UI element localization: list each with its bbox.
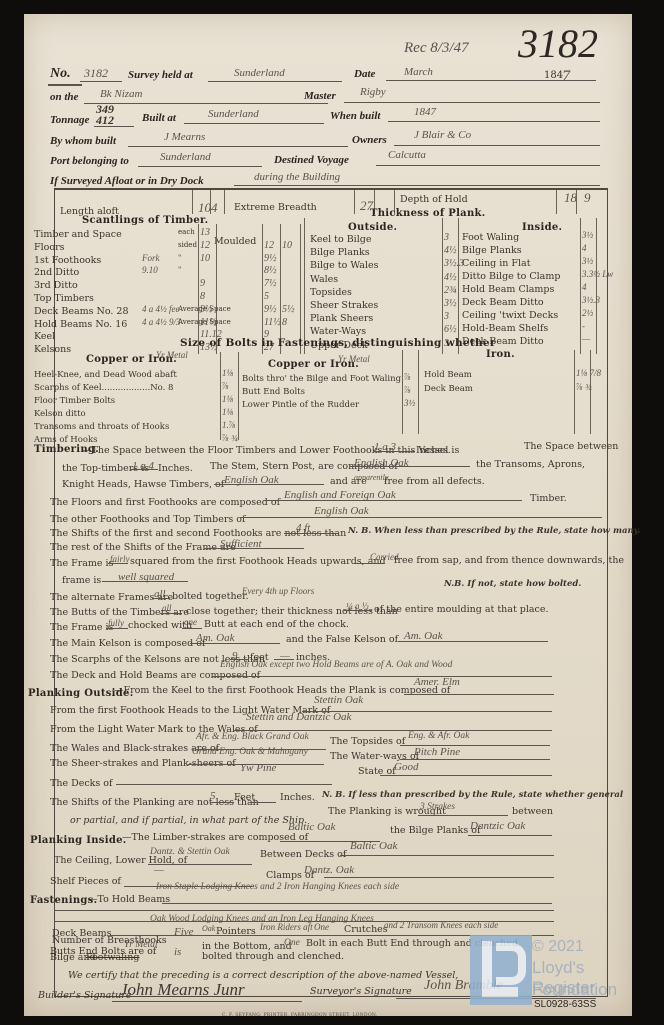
fill-line — [152, 598, 170, 599]
timbering-l3c: free from all defects. — [384, 476, 485, 487]
fill-line — [106, 628, 128, 629]
bolt-row-value: ⅞ — [222, 381, 229, 391]
plank-inside-value: — — [582, 334, 590, 344]
survey-document: Rec 8/3/47 3182 No. 3182 Survey held at … — [24, 14, 632, 1016]
plank-outside-value: 2¾ — [444, 285, 457, 296]
plank-inside-value: 3½.3 — [582, 295, 600, 305]
plank-title: Thickness of Plank. — [370, 208, 486, 219]
fill-line — [212, 676, 552, 677]
fill-line — [182, 628, 202, 629]
fill-line — [124, 886, 254, 887]
planking-outside-l5c: Pitch Pine — [414, 746, 460, 758]
fill-line — [196, 749, 326, 750]
fill-line — [280, 841, 380, 842]
fill-line — [230, 659, 248, 660]
planking-inside-l1b: the Bilge Planks of — [390, 825, 480, 836]
planking-outside-l8v: 3 Strakes — [420, 802, 455, 812]
scantling-moulded-value: 7½ — [264, 278, 277, 289]
timbering-l15v: English Oak except two Hold Beams are of… — [220, 660, 452, 670]
built-at-label: Built at — [142, 112, 176, 124]
plank-inside-value: 3.3½ Lw — [582, 269, 613, 279]
fill-line — [190, 643, 280, 644]
scantling-moulded-value: 11½ — [264, 317, 281, 328]
scantling-row-suffix: " — [178, 266, 181, 274]
scantling-row-label: Keel — [34, 331, 55, 342]
scantling-ends-value: 5½ — [282, 304, 295, 315]
scantling-row-note: Fork — [142, 253, 160, 263]
timbering-l13b: and the False Kelson of — [286, 634, 398, 645]
afloat-label: If Surveyed Afloat or in Dry Dock — [50, 175, 204, 187]
breadth-label: Extreme Breadth — [234, 202, 317, 213]
fill-line — [284, 533, 338, 534]
timbering-l12d: Butt at each end of the chock. — [204, 619, 349, 630]
planking-inside-l2v: Dantz. & Stettin Oak — [150, 847, 230, 857]
bolt-row-value: 1⅛ — [222, 407, 233, 417]
planking-outside-l1v: Amer. Elm — [414, 676, 460, 688]
timbering-l4b: Timber. — [530, 493, 567, 504]
fastenings-l3v: Five — [174, 926, 194, 938]
fill-line — [188, 764, 324, 765]
bolts-yellow-metal-note-2: Yr Metal — [338, 354, 370, 364]
plank-outside-value: 4½ — [444, 272, 457, 283]
fill-line — [344, 610, 372, 611]
plank-outside-label: Bilge to Wales — [310, 260, 378, 271]
bolts-yellow-metal-note-1: Yr Metal — [156, 350, 188, 360]
bolt-row-label: Floor Timber Bolts — [34, 396, 115, 406]
length-value: 104 — [198, 200, 218, 216]
fill-line — [398, 641, 548, 642]
plank-inside-label: Ditto Bilge to Clamp — [462, 271, 560, 282]
bolt-row-value: 1⅛ — [222, 394, 233, 404]
plank-outside-value: 3½ — [444, 298, 457, 309]
on-the-label: on the — [50, 91, 78, 103]
when-built-value: 1847 — [414, 106, 436, 118]
planking-inside-l2b: Between Decks of — [260, 849, 346, 860]
planking-outside-l1a: —From the Keel to the first Foothook Hea… — [114, 685, 450, 696]
timbering-l10c: Every 4th up Floors — [242, 586, 314, 596]
fill-line — [418, 815, 508, 816]
bolts-title: Size of Bolts in Fastenings, distinguish… — [180, 337, 496, 349]
scantling-row-label: Timber and Space — [34, 229, 122, 240]
fill-line — [374, 451, 414, 452]
timbering-l12v: fully — [108, 618, 124, 628]
bolt-row-label: Transoms and throats of Hooks — [34, 422, 169, 432]
timbering-l5v: English Oak — [314, 505, 369, 517]
owners-value: J Blair & Co — [414, 129, 471, 141]
scantling-row-note: 4 a 4½ fee — [142, 304, 180, 314]
plank-inside-label: Hold-Beam Shelfs — [462, 323, 548, 334]
bolt-row-value: ⅞ — [404, 385, 411, 395]
timbering-l11d: of the entire moulding at that place. — [374, 604, 549, 615]
bolt-row-value: 1.⅞ — [222, 420, 236, 430]
bilge-value: is — [174, 946, 181, 958]
fill-line — [54, 910, 554, 911]
plank-outside-label: Water-Ways — [310, 326, 366, 337]
scantling-row-note: 4 a 4½ 9/3 — [142, 317, 181, 327]
port-label: Port belonging to — [50, 155, 129, 167]
planking-outside-l3v: Stettin and Dantzic Oak — [246, 711, 351, 723]
bolt-row-value: 1⅛ — [222, 368, 233, 378]
plank-inside-value: 4 — [582, 282, 587, 292]
bilge-bolted-text: bolted through and clenched. — [202, 951, 344, 962]
fill-line — [130, 469, 158, 470]
scantling-row-label: 3rd Ditto — [34, 280, 78, 291]
document-number-large: 3182 — [518, 20, 598, 67]
scantling-moulded-value: 9½ — [264, 253, 277, 264]
scantling-row-label: Hold Beams No. 16 — [34, 319, 127, 330]
plank-inside-value: - — [582, 321, 585, 331]
scantling-row-label: Floors — [34, 242, 65, 253]
timbering-l9a: frame is — [62, 575, 101, 586]
built-at-value: Sunderland — [208, 108, 259, 120]
planking-outside-l4b: The Topsides of — [330, 736, 405, 747]
timbering-l10b: bolted together. — [172, 591, 249, 602]
year-printed: 184 — [544, 70, 563, 81]
timbering-l12a: The Frame is — [50, 622, 113, 633]
plank-outside-label: Sheer Strakes — [310, 300, 378, 311]
printer-credit: C. F. SEYFANG, PRINTER, FARRINGDON STREE… — [222, 1013, 378, 1018]
plank-outside-label: Keel to Bilge — [310, 234, 371, 245]
moulded-label: Moulded — [214, 236, 256, 247]
survey-held-value: Sunderland — [234, 67, 285, 79]
fastenings-l3d: One — [314, 922, 329, 932]
timbering-l2d: English Oak — [354, 457, 409, 469]
plank-inside-value: 2½ — [582, 308, 593, 318]
owners-label: Owners — [352, 134, 387, 146]
received-note: Rec 8/3/47 — [404, 40, 469, 57]
reference-number: SL0928-63SS — [534, 999, 596, 1010]
fill-line — [400, 759, 550, 760]
scantling-row-note: 9.10 — [142, 265, 158, 275]
surveyor-sig-label: Surveyor's Signature — [310, 986, 412, 997]
fill-line — [354, 563, 384, 564]
fastenings-l3c: Iron Riders aft — [260, 922, 313, 932]
scantling-sided-value: 13 — [200, 227, 210, 238]
date-label: Date — [354, 68, 375, 80]
timbering-l12c: one — [184, 617, 197, 627]
planking-inside-l3v: — — [154, 864, 164, 876]
planking-outside-l8a: or partial, and if partial, in what part… — [70, 815, 307, 826]
fill-line — [162, 903, 552, 904]
planking-outside-l4v: Afr. & Eng. Black Grand Oak — [196, 732, 309, 742]
tonnage-label: Tonnage — [50, 114, 89, 126]
scantling-row-label: 2nd Ditto — [34, 267, 79, 278]
planking-outside-l7v: 5 — [210, 790, 216, 802]
planking-inside-l1c: Dantzic Oak — [470, 820, 525, 832]
fill-line — [214, 484, 324, 485]
master-value: Rigby — [360, 86, 386, 98]
fill-line — [468, 835, 552, 836]
scantling-row-suffix: " — [178, 254, 181, 262]
scantling-row-suffix: each — [178, 228, 195, 236]
plank-inside-label: Deck Beam Ditto — [462, 297, 544, 308]
scantling-row-label: Top Timbers — [34, 293, 94, 304]
bolt-row-value: 3½ — [404, 398, 415, 408]
bolt-row-label: Scarphs of Keel..................No. 8 — [34, 383, 173, 393]
survey-held-label: Survey held at — [128, 69, 193, 81]
bolt-row-label: Lower Pintle of the Rudder — [242, 400, 359, 410]
bolt-row-label: Butt End Bolts — [242, 387, 305, 397]
voyage-label: Destined Voyage — [274, 154, 349, 166]
bolt-row-label: Heel-Knee, and Dead Wood abaft — [34, 370, 177, 380]
planking-outside-l6c: Good — [394, 761, 418, 773]
builder-signature: John Mearns Junr — [120, 980, 245, 1000]
plank-inside-title: Inside. — [522, 222, 562, 233]
bolt-row-label: Bolts thro' the Bilge and Foot Waling — [242, 374, 401, 384]
scantling-row-label: Kelsons — [34, 344, 71, 355]
when-built-label: When built — [330, 110, 380, 122]
scantling-sided-value: 9½ — [200, 304, 213, 315]
port-value: Sunderland — [160, 151, 211, 163]
timbering-l11v: all — [162, 603, 172, 613]
timbering-l13a: The Main Kelson is composed of — [50, 638, 206, 649]
fastenings-l4v: Yr Metal — [124, 940, 158, 950]
fill-line — [324, 877, 554, 878]
timbering-l1b: Inches. — [416, 445, 451, 456]
planking-inside-l3c: Dantz. Oak — [304, 864, 354, 876]
fill-line — [274, 659, 294, 660]
timbering-l1c: The Space between — [524, 441, 618, 452]
planking-outside-l6a: The Decks of — [50, 778, 113, 789]
fill-line — [240, 517, 602, 518]
builder-sig-label: Builder's Signature — [38, 990, 131, 1001]
scantling-sided-value: 12 — [200, 240, 210, 251]
scantling-sided-value: 9 — [200, 278, 205, 289]
planking-inside-title: Planking Inside. — [30, 835, 127, 846]
plank-inside-label: Bilge Planks — [462, 245, 522, 256]
fill-line — [116, 784, 332, 785]
lloyds-register-logo — [470, 935, 532, 1005]
scantling-moulded-value: 8½ — [264, 265, 277, 276]
no-label: No. — [50, 66, 71, 82]
plank-outside-value: 6½ — [444, 324, 457, 335]
planking-outside-l4c: Eng. & Afr. Oak — [408, 731, 469, 741]
bolt-row-label: Kelson ditto — [34, 409, 86, 419]
fill-line — [102, 581, 188, 582]
timbering-l2v: 1 a 4 — [132, 460, 154, 472]
afloat-value: during the Building — [254, 171, 340, 183]
fill-line — [350, 466, 470, 467]
scantling-moulded-value: 5 — [264, 291, 269, 302]
plank-outside-value: 3½.3 — [444, 258, 464, 269]
vessel-name: Bk Nizam — [100, 88, 142, 100]
scantling-row-label: Deck Beams No. 28 — [34, 306, 129, 317]
scantling-sided-value: 11½ — [200, 317, 217, 328]
no-value: 3182 — [84, 66, 108, 81]
plank-outside-label: Topsides — [310, 287, 352, 298]
scantling-row-label: 1st Foothooks — [34, 255, 101, 266]
scantling-row-suffix: sided — [178, 241, 197, 249]
planking-outside-l2v: Stettin Oak — [314, 694, 363, 706]
by-whom-value: J Mearns — [164, 131, 205, 143]
timbering-l3a: Knight Heads, Hawse Timbers, of — [62, 479, 224, 490]
plank-outside-value: 3 — [444, 311, 449, 322]
bilge-struck-footwaling: Footwaling — [86, 952, 139, 963]
watermark-copyright: © 2021 — [532, 938, 584, 956]
timbering-l5a: The other Foothooks and Top Timbers of — [50, 514, 246, 525]
timbering-l12b: chocked with — [128, 620, 192, 631]
timbering-l4a: The Floors and first Foothooks are compo… — [50, 497, 280, 508]
fill-line — [204, 548, 304, 549]
timbering-l8d: free from sap, and from thence downwards… — [394, 555, 624, 566]
bolt-row-value: ⅞ ¾ — [222, 433, 238, 443]
bolts-iron-title: Iron. — [486, 349, 515, 360]
plank-inside-value: 3½ — [582, 230, 593, 240]
fill-line — [54, 921, 554, 922]
timbering-l2b: Inches. — [158, 463, 193, 474]
planking-outside-l8c: between — [512, 806, 553, 817]
plank-outside-value: 3 — [444, 232, 449, 243]
date-value: March — [404, 66, 433, 78]
master-label: Master — [304, 90, 336, 102]
bolt-row-value: ⅞ — [404, 372, 411, 382]
plank-inside-label: Ceiling in Flat — [462, 258, 531, 269]
plank-outside-label: Plank Sheers — [310, 313, 373, 324]
planking-inside-l1v: Baltic Oak — [288, 821, 335, 833]
voyage-value: Calcutta — [388, 149, 426, 161]
scantlings-title: Scantlings of Timber. — [82, 215, 208, 226]
fastenings-l3e: Crutches — [344, 924, 388, 935]
plank-outside-title: Outside. — [348, 222, 397, 233]
scantling-moulded-value: 9½ — [264, 304, 277, 315]
fill-line — [160, 613, 182, 614]
timbering-l2e: the Transoms, Aprons, — [476, 459, 585, 470]
scantling-moulded-value: 12 — [264, 240, 274, 251]
scantling-ends-value: 10 — [282, 240, 292, 251]
fastenings-l1a: —To Hold Beams — [88, 894, 170, 905]
timbering-l9b: N.B. If not, state how bolted. — [444, 579, 581, 589]
plank-inside-label: Ceiling 'twixt Decks — [462, 310, 558, 321]
scantling-sided-value: 8 — [200, 291, 205, 302]
depth-label: Depth of Hold — [400, 194, 468, 205]
fill-line — [264, 500, 522, 501]
depth-in-value: 9 — [584, 190, 591, 206]
fill-line — [380, 775, 552, 776]
bolt-row-label: Deck Beam — [424, 384, 473, 394]
timbering-l8b: squared from the first Foothook Heads up… — [130, 556, 386, 567]
bolt-row-value: 1⅛ 7/8 — [576, 368, 601, 378]
by-whom-label: By whom built — [50, 135, 116, 147]
plank-outside-label: Wales — [310, 274, 338, 285]
year-hand: 7 — [562, 68, 570, 86]
fill-line — [108, 563, 128, 564]
fastenings-l3n: Oak — [202, 924, 215, 933]
fill-line — [400, 745, 550, 746]
plank-inside-value: 3½ — [582, 256, 593, 266]
planking-outside-l7c: Inches. — [280, 792, 315, 803]
fill-line — [302, 711, 552, 712]
timbering-l8a: The Frame is — [50, 558, 113, 569]
fill-line — [210, 802, 234, 803]
plank-inside-label: Foot Waling — [462, 232, 519, 243]
watermark-org-line2: Foundation — [532, 980, 617, 1000]
fill-line — [404, 694, 554, 695]
plank-inside-label: Hold Beam Clamps — [462, 284, 554, 295]
scantling-sided-value: 10 — [200, 253, 210, 264]
bolt-row-value: ⅞ ¾ — [576, 382, 592, 392]
fastenings-l1v: Iron Staple Lodging Knees and 2 Iron Han… — [156, 882, 399, 892]
fill-line — [250, 802, 276, 803]
scantling-ends-value: 8 — [282, 317, 287, 328]
bolt-row-label: Hold Beam — [424, 370, 472, 380]
fill-line — [340, 855, 554, 856]
fastenings-l4c: One — [284, 938, 300, 948]
fill-line — [148, 864, 252, 865]
plank-inside-value: 4 — [582, 243, 587, 253]
timbering-l6b: N. B. When less than prescribed by the R… — [348, 526, 641, 536]
planking-outside-l7d: N. B. If less than prescribed by the Rul… — [322, 790, 623, 800]
fill-line — [234, 730, 552, 731]
plank-outside-label: Bilge Planks — [310, 247, 370, 258]
plank-outside-value: 4½ — [444, 245, 457, 256]
planking-inside-l3a: Shelf Pieces of — [50, 876, 121, 887]
